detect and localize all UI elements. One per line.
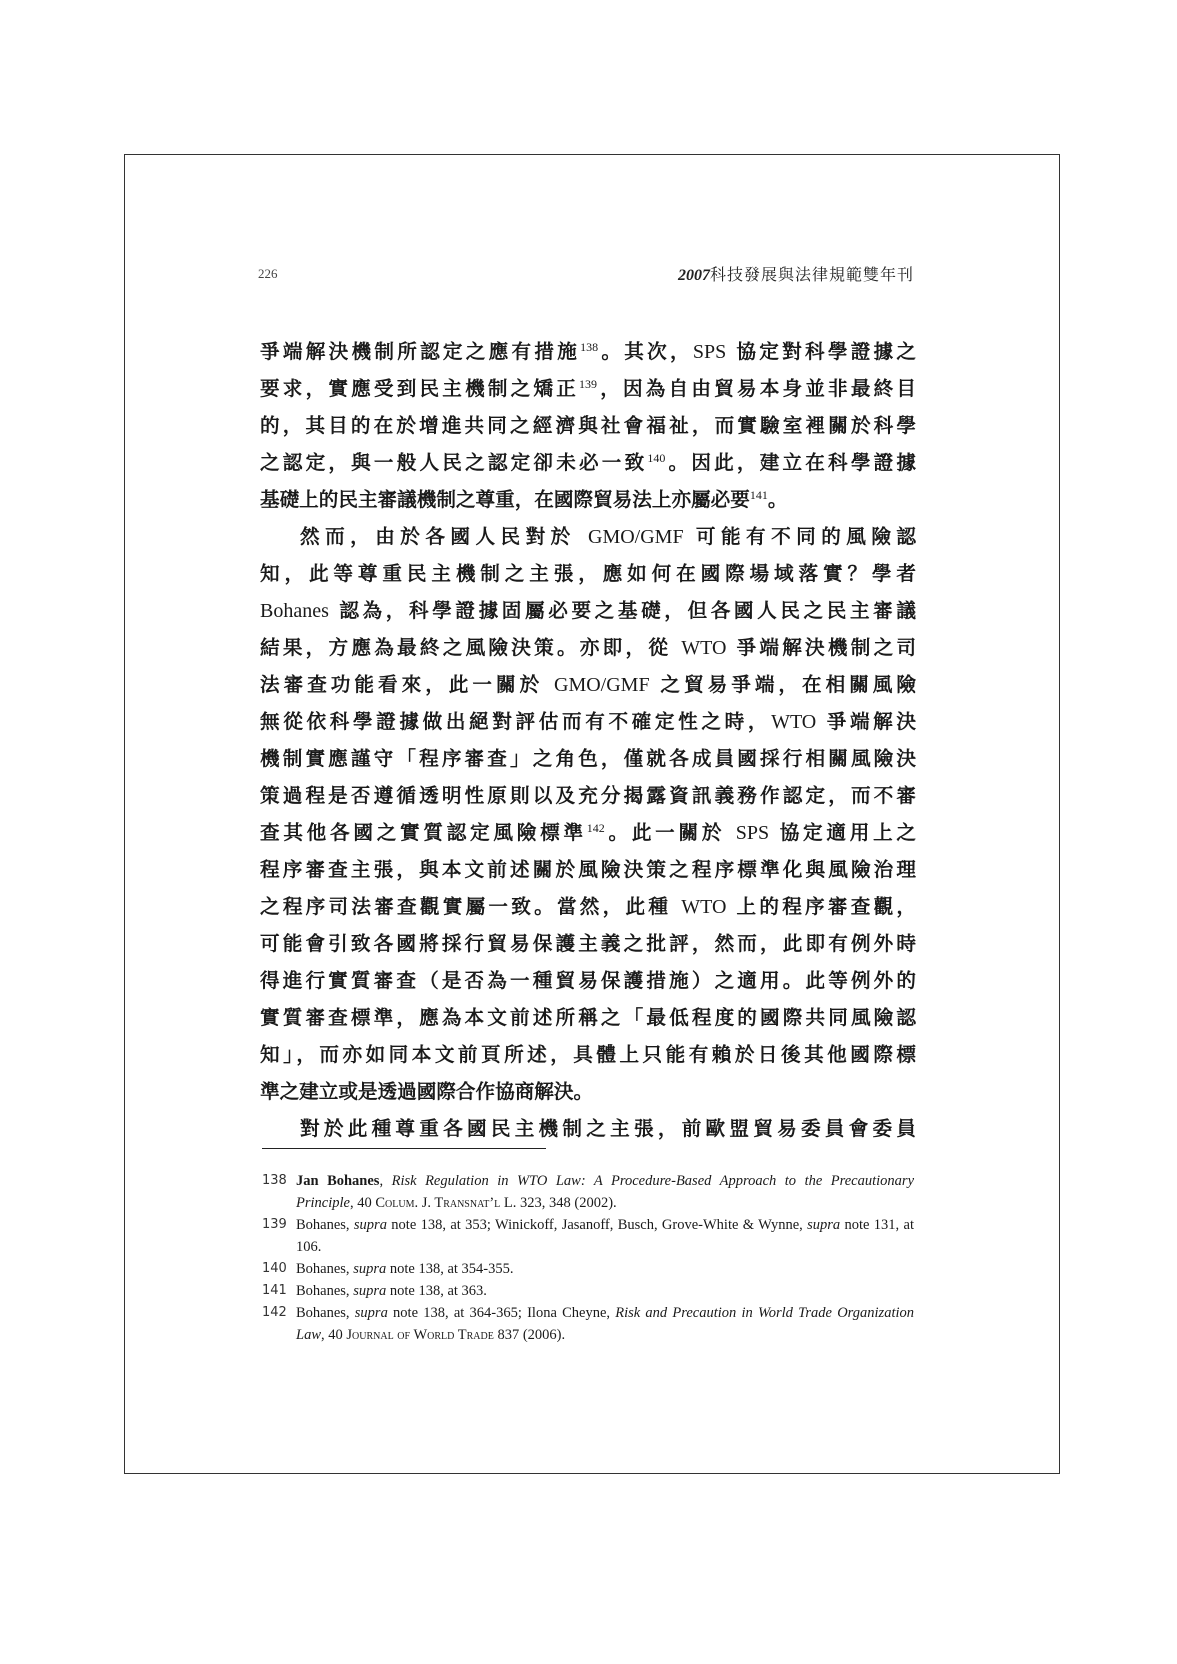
latin-term: GMO/GMF [588,526,684,548]
latin-term: WTO [681,896,726,918]
body-line: 知」，而亦如同本文前頁所述，具體上只能有賴於日後其他國際標 [260,1036,916,1073]
footnote-text: Bohanes, supra note 138, at 363. [296,1280,914,1302]
body-line: 要求，實應受到民主機制之矯正139，因為自由貿易本身並非最終目 [260,370,916,407]
body-line: 對於此種尊重各國民主機制之主張，前歐盟貿易委員會委員 [260,1110,916,1147]
text-run: 。因此，建立在科學證據 [665,451,916,474]
footnote-reference[interactable]: 139 [579,377,597,391]
footnote-reference[interactable]: 142 [587,821,605,835]
body-line: 之程序司法審查觀實屬一致。當然，此種 WTO 上的程序審查觀， [260,888,916,925]
body-line: 的，其目的在於增進共同之經濟與社會福祉，而實驗室裡關於科學 [260,407,916,444]
footnote-item: 138Jan Bohanes, Risk Regulation in WTO L… [262,1170,914,1214]
text-run: 要求，實應受到民主機制之矯正 [260,377,579,400]
text-run: 之貿易爭端，在相關風險 [650,673,916,696]
text-run: 。此一關於 [605,821,736,844]
text-run: 查其他各國之實質認定風險標準 [260,821,587,844]
body-line: 可能會引致各國將採行貿易保護主義之批評，然而，此即有例外時 [260,925,916,962]
text-run: note 138, at 354-355. [386,1261,513,1277]
text-run: 法審查功能看來，此一關於 [260,673,554,696]
footnote-reference[interactable]: 141 [750,488,768,502]
body-line: 然而，由於各國人民對於 GMO/GMF 可能有不同的風險認 [260,518,916,555]
body-line: 程序審查主張，與本文前述關於風險決策之程序標準化與風險治理 [260,851,916,888]
text-run: 上的程序審查觀， [726,895,916,918]
footnote-reference[interactable]: 138 [580,340,598,354]
text-run: Bohanes, [296,1217,354,1233]
text-run: note 138, at 353; Winickoff, Jasanoff, B… [387,1217,807,1233]
text-run: ，因為自由貿易本身並非最終目 [597,377,916,400]
body-line: 之認定，與一般人民之認定卻未必一致140。因此，建立在科學證據 [260,444,916,481]
text-run: 知，此等尊重民主機制之主張，應如何在國際場域落實？學者 [260,562,916,585]
text-run: 爭端解決機制之司 [726,636,916,659]
footnote-item: 140Bohanes, supra note 138, at 354-355. [262,1258,914,1280]
text-run: 之程序司法審查觀實屬一致。當然，此種 [260,895,681,918]
body-paragraphs: 爭端解決機制所認定之應有措施138。其次，SPS 協定對科學證據之要求，實應受到… [260,333,916,1147]
body-line: 法審查功能看來，此一關於 GMO/GMF 之貿易爭端，在相關風險 [260,666,916,703]
footnote-item: 142Bohanes, supra note 138, at 364-365; … [262,1302,914,1346]
text-run: Bohanes, [296,1305,355,1321]
text-run: 可能會引致各國將採行貿易保護主義之批評，然而，此即有例外時 [260,932,916,955]
text-run: 程序審查主張，與本文前述關於風險決策之程序標準化與風險治理 [260,858,916,881]
footnote-text: Jan Bohanes, Risk Regulation in WTO Law:… [296,1170,914,1214]
text-run: 可能有不同的風險認 [684,525,916,548]
body-line: 策過程是否遵循透明性原則以及充分揭露資訊義務作認定，而不審 [260,777,916,814]
text-run: 。 [768,488,788,511]
text-run: 結果，方應為最終之風險決策。亦即，從 [260,636,681,659]
latin-term: GMO/GMF [554,674,650,696]
text-run: 837 (2006). [494,1327,565,1343]
text-run: 無從依科學證據做出絕對評估而有不確定性之時， [260,710,771,733]
text-run: 協定適用上之 [769,821,916,844]
text-run: 之認定，與一般人民之認定卻未必一致 [260,451,647,474]
italic-title: supra [807,1217,840,1233]
footnote-number: 138 [262,1170,287,1192]
footnote-number: 140 [262,1258,287,1280]
text-run: 認為，科學證據固屬必要之基礎，但各國人民之民主審議 [329,599,916,622]
text-run: , 40 [350,1195,375,1211]
text-run: 實質審查標準，應為本文前述所稱之「最低程度的國際共同風險認 [260,1006,916,1029]
author-name: Jan Bohanes [296,1173,379,1189]
body-line: 無從依科學證據做出絕對評估而有不確定性之時，WTO 爭端解決 [260,703,916,740]
text-run: note 138, at 364-365; Ilona Cheyne, [388,1305,615,1321]
text-run: 。其次， [598,340,693,363]
body-line: 結果，方應為最終之風險決策。亦即，從 WTO 爭端解決機制之司 [260,629,916,666]
page-number: 226 [258,266,278,282]
italic-title: supra [355,1305,388,1321]
journal-name: 科技發展與法律規範雙年刊 [710,267,914,284]
text-run: , 40 [321,1327,346,1343]
text-run: Bohanes, [296,1283,353,1299]
journal-abbrev: Colum. J. Transnat’l [375,1195,500,1211]
text-run: 基礎上的民主審議機制之尊重，在國際貿易法上亦屬必要 [260,488,750,511]
footnote-text: Bohanes, supra note 138, at 354-355. [296,1258,914,1280]
footnote-item: 141Bohanes, supra note 138, at 363. [262,1280,914,1302]
latin-term: Bohanes [260,600,329,622]
text-run: 的，其目的在於增進共同之經濟與社會福祉，而實驗室裡關於科學 [260,414,916,437]
text-run: 得進行實質審查（是否為一種貿易保護措施）之適用。此等例外的 [260,969,916,992]
footnote-number: 141 [262,1280,287,1302]
text-run: , [379,1173,391,1189]
text-run: 爭端解決機制所認定之應有措施 [260,340,580,363]
body-line: 機制實應謹守「程序審查」之角色，僅就各成員國採行相關風險決 [260,740,916,777]
text-run: 協定對科學證據之 [726,340,916,363]
italic-title: supra [354,1217,387,1233]
journal-abbrev: Journal of World Trade [346,1327,493,1343]
italic-title: supra [353,1261,386,1277]
text-run: 機制實應謹守「程序審查」之角色，僅就各成員國採行相關風險決 [260,747,916,770]
body-line: 準之建立或是透過國際合作協商解決。 [260,1073,916,1110]
text-run: note 138, at 363. [386,1283,487,1299]
body-line: 知，此等尊重民主機制之主張，應如何在國際場域落實？學者 [260,555,916,592]
footnotes: 138Jan Bohanes, Risk Regulation in WTO L… [262,1170,914,1346]
latin-term: WTO [681,637,726,659]
latin-term: SPS [693,341,726,363]
italic-title: supra [353,1283,386,1299]
text-run: 爭端解決 [816,710,916,733]
body-line: 爭端解決機制所認定之應有措施138。其次，SPS 協定對科學證據之 [260,333,916,370]
text-run: Bohanes, [296,1261,353,1277]
footnote-reference[interactable]: 140 [647,451,665,465]
journal-title: 2007科技發展與法律規範雙年刊 [678,262,914,285]
body-line: 查其他各國之實質認定風險標準142。此一關於 SPS 協定適用上之 [260,814,916,851]
latin-term: SPS [736,822,769,844]
text-run: 對於此種尊重各國民主機制之主張，前歐盟貿易委員會委員 [300,1117,916,1140]
footnote-separator [262,1148,546,1149]
footnote-text: Bohanes, supra note 138, at 353; Winicko… [296,1214,914,1258]
footnote-text: Bohanes, supra note 138, at 364-365; Ilo… [296,1302,914,1346]
running-header: 226 2007科技發展與法律規範雙年刊 [258,262,914,286]
text-run: 策過程是否遵循透明性原則以及充分揭露資訊義務作認定，而不審 [260,784,916,807]
footnote-item: 139Bohanes, supra note 138, at 353; Wini… [262,1214,914,1258]
body-line: Bohanes 認為，科學證據固屬必要之基礎，但各國人民之民主審議 [260,592,916,629]
text-run: 然而，由於各國人民對於 [300,525,588,548]
text-run: L. 323, 348 (2002). [500,1195,616,1211]
footnote-number: 142 [262,1302,287,1324]
body-line: 得進行實質審查（是否為一種貿易保護措施）之適用。此等例外的 [260,962,916,999]
text-run: 準之建立或是透過國際合作協商解決。 [260,1080,593,1103]
body-line: 基礎上的民主審議機制之尊重，在國際貿易法上亦屬必要141。 [260,481,916,518]
latin-term: WTO [771,711,816,733]
body-line: 實質審查標準，應為本文前述所稱之「最低程度的國際共同風險認 [260,999,916,1036]
text-run: 知」，而亦如同本文前頁所述，具體上只能有賴於日後其他國際標 [260,1043,916,1066]
journal-year: 2007 [678,267,710,284]
footnote-number: 139 [262,1214,287,1236]
